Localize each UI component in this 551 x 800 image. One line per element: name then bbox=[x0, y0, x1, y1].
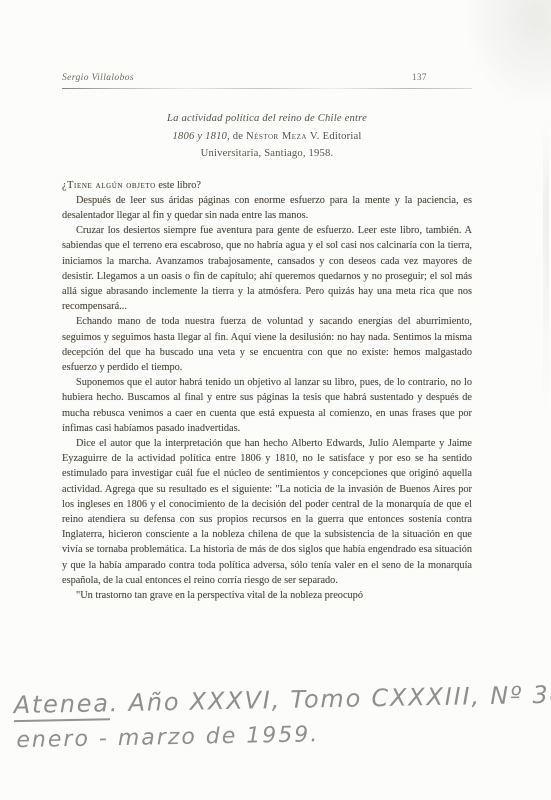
scan-smudge bbox=[543, 120, 549, 420]
review-body: ¿Tiene algún objeto este libro? Después … bbox=[62, 178, 472, 604]
scan-smudge bbox=[461, 0, 551, 110]
citation-line-1: La actividad política del reino de Chile… bbox=[62, 110, 472, 128]
body-paragraph: Suponemos que el autor habrá tenido un o… bbox=[62, 375, 472, 436]
running-header: Sergio Villalobos 137 bbox=[62, 72, 472, 83]
handwritten-annotation: Atenea. Año XXXVI, Tomo CXXXIII, Nº 383,… bbox=[13, 681, 546, 753]
opening-smallcaps: ¿Tiene algún objeto bbox=[62, 180, 156, 191]
citation-line-2: 1806 y 1810, de Néstor Meza V. Editorial bbox=[62, 128, 472, 146]
running-header-author: Sergio Villalobos bbox=[62, 73, 134, 83]
page-number: 137 bbox=[412, 72, 472, 82]
body-paragraph: Cruzar los desiertos siempre fue aventur… bbox=[62, 223, 472, 314]
annotation-line-2: enero - marzo de 1959. bbox=[16, 718, 546, 753]
scanned-document-page: Sergio Villalobos 137 La actividad polít… bbox=[0, 0, 551, 800]
book-author: Néstor Meza V. bbox=[246, 131, 320, 142]
annotation-line-1: Atenea. Año XXXVI, Tomo CXXXIII, Nº 383, bbox=[13, 681, 545, 719]
header-rule bbox=[62, 88, 472, 89]
book-citation: La actividad política del reino de Chile… bbox=[62, 110, 472, 163]
body-paragraph: Dice el autor que la interpretación que … bbox=[62, 436, 472, 588]
body-paragraph: "Un trastorno tan grave en la perspectiv… bbox=[62, 588, 472, 603]
body-paragraphs: Después de leer sus áridas páginas con e… bbox=[62, 193, 472, 603]
journal-name: Atenea bbox=[13, 689, 110, 722]
citation-line-3: Universitaria, Santiago, 1958. bbox=[62, 145, 472, 163]
body-paragraph: Echando mano de toda nuestra fuerza de v… bbox=[62, 314, 472, 375]
body-paragraph: Después de leer sus áridas páginas con e… bbox=[62, 193, 472, 223]
opening-line: ¿Tiene algún objeto este libro? bbox=[62, 178, 472, 193]
page-content: Sergio Villalobos 137 La actividad polít… bbox=[62, 72, 472, 603]
